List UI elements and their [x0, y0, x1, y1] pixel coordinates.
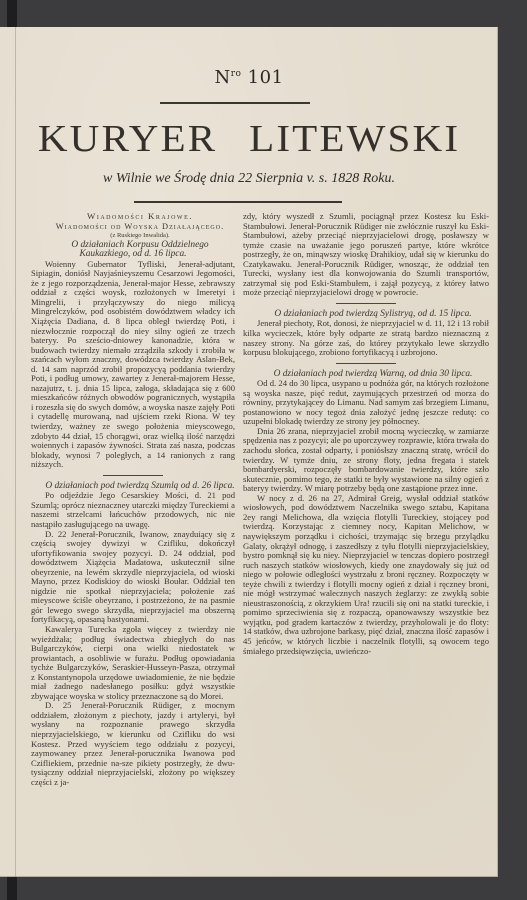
section-subtitle: Wiadomości od Woyska Działającego.	[31, 222, 235, 232]
newspaper-page: Nro 101 KURYER LITEWSKI w Wilnie we Środ…	[0, 27, 498, 877]
newspaper-title: KURYER LITEWSKI	[0, 117, 518, 161]
masthead-rule-bottom	[134, 201, 342, 203]
right-column: zdy, który wyszedł z Szumli, pociągnął p…	[243, 212, 489, 656]
article-paragraph: Od d. 24 do 30 lipca, usypano u podnóża …	[243, 379, 489, 427]
article-paragraph: Kawalerya Turecka zgoła więcey z twierdz…	[31, 625, 235, 701]
issue-number: Nro 101	[0, 67, 498, 88]
article-paragraph: D. 25 Jenerał-Porucznik Rüdiger, z mocny…	[31, 701, 235, 787]
dateline: w Wilnie we Środę dnia 22 Sierpnia v. s.…	[0, 171, 498, 187]
issue-prefix: N	[214, 67, 230, 88]
issue-sup: ro	[231, 69, 242, 79]
article-paragraph: Dnia 26 zrana, nieprzyjaciel zrobił mocn…	[243, 427, 489, 494]
article-separator	[103, 475, 163, 476]
article-body-caucasus: Woienny Gubernator Tyfliski, Jenerał-adj…	[31, 260, 235, 470]
article-continuation: zdy, który wyszedł z Szumli, pociągnął p…	[243, 212, 489, 298]
article-body-silistra: Jenerał piechoty, Rot, donosi, że nieprz…	[243, 319, 489, 357]
article-paragraph: Po odjeździe Jego Cesarskiey Mości, d. 2…	[31, 491, 235, 529]
article-paragraph: D. 22 Jenerał-Porucznik, Iwanow, znaydui…	[31, 530, 235, 625]
article-separator	[336, 363, 396, 364]
issue-number-value: 101	[248, 67, 284, 88]
article-separator	[336, 303, 396, 304]
section-title: Wiadomości Krajowe.	[31, 212, 235, 222]
article-heading-caucasus: O działaniach Korpusu Oddzielnego Kaukaz…	[31, 241, 235, 260]
left-column: Wiadomości Krajowe. Wiadomości od Woyska…	[31, 212, 235, 787]
masthead-rule-top	[160, 102, 310, 104]
article-paragraph: W nocy z d. 26 na 27, Admirał Greig, wys…	[243, 494, 489, 656]
